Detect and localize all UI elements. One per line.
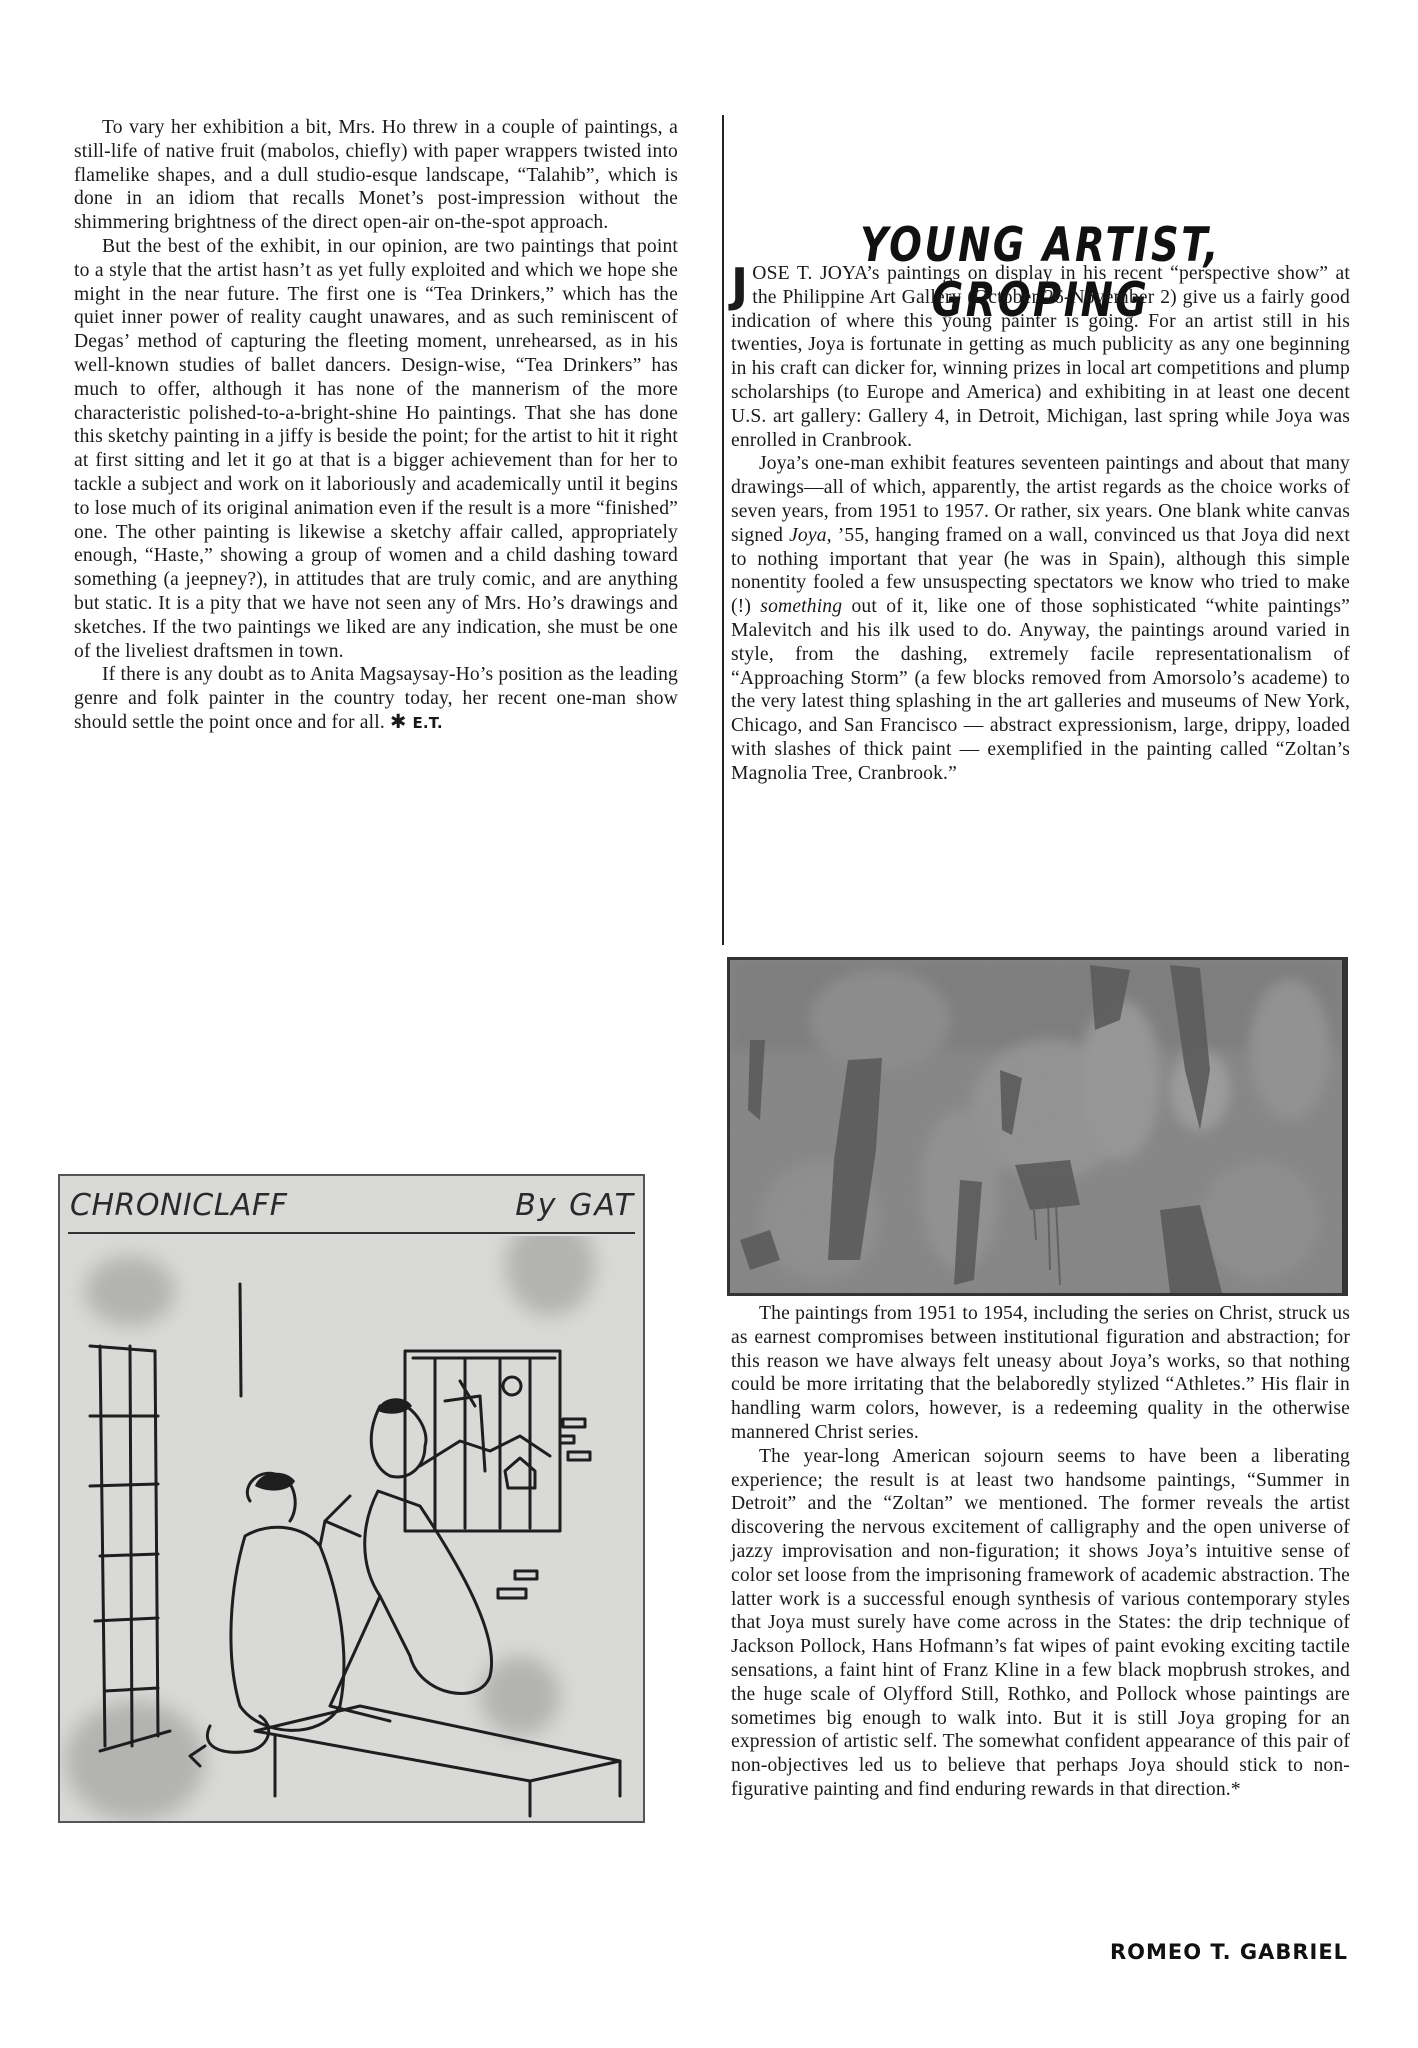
right-article-top: JOSE T. JOYA’s paintings on display in h…	[731, 262, 1350, 786]
column-divider	[722, 115, 724, 945]
drop-cap: J	[731, 265, 748, 305]
right-paragraph-4: The year-long American sojourn seems to …	[731, 1445, 1350, 1802]
italic-signature: Joya,	[789, 525, 832, 546]
right-paragraph-1-text: OSE T. JOYA’s paintings on display in hi…	[731, 263, 1350, 451]
abstract-painting-image	[730, 960, 1342, 1293]
author-initials: E.T.	[413, 714, 443, 732]
right-paragraph-2: Joya’s one-man exhibit features seventee…	[731, 452, 1350, 785]
cartoon-header: CHRONICLAFF By GAT	[68, 1182, 635, 1234]
author-byline: ROMEO T. GABRIEL	[1110, 1940, 1348, 1964]
right-paragraph-3: The paintings from 1951 to 1954, includi…	[731, 1302, 1350, 1445]
left-article: To vary her exhibition a bit, Mrs. Ho th…	[74, 116, 678, 736]
cartoon-credit: By GAT	[515, 1188, 635, 1223]
right-article-bottom: The paintings from 1951 to 1954, includi…	[731, 1302, 1350, 1802]
right-paragraph-2-part-3: out of it, like one of those sophisticat…	[731, 596, 1350, 784]
left-paragraph-3-text: If there is any doubt as to Anita Magsay…	[74, 664, 678, 733]
cartoon-illustration	[60, 1236, 643, 1821]
cartoon-title: CHRONICLAFF	[70, 1188, 287, 1223]
cartoon-panel: CHRONICLAFF By GAT	[58, 1174, 645, 1823]
italic-something: something	[760, 596, 842, 617]
right-paragraph-1: JOSE T. JOYA’s paintings on display in h…	[731, 262, 1350, 452]
left-paragraph-3: If there is any doubt as to Anita Magsay…	[74, 663, 678, 735]
left-paragraph-1: To vary her exhibition a bit, Mrs. Ho th…	[74, 116, 678, 235]
painting-photo	[727, 957, 1348, 1296]
left-paragraph-2: But the best of the exhibit, in our opin…	[74, 235, 678, 663]
asterisk-end-mark-icon: ✱	[390, 712, 407, 733]
